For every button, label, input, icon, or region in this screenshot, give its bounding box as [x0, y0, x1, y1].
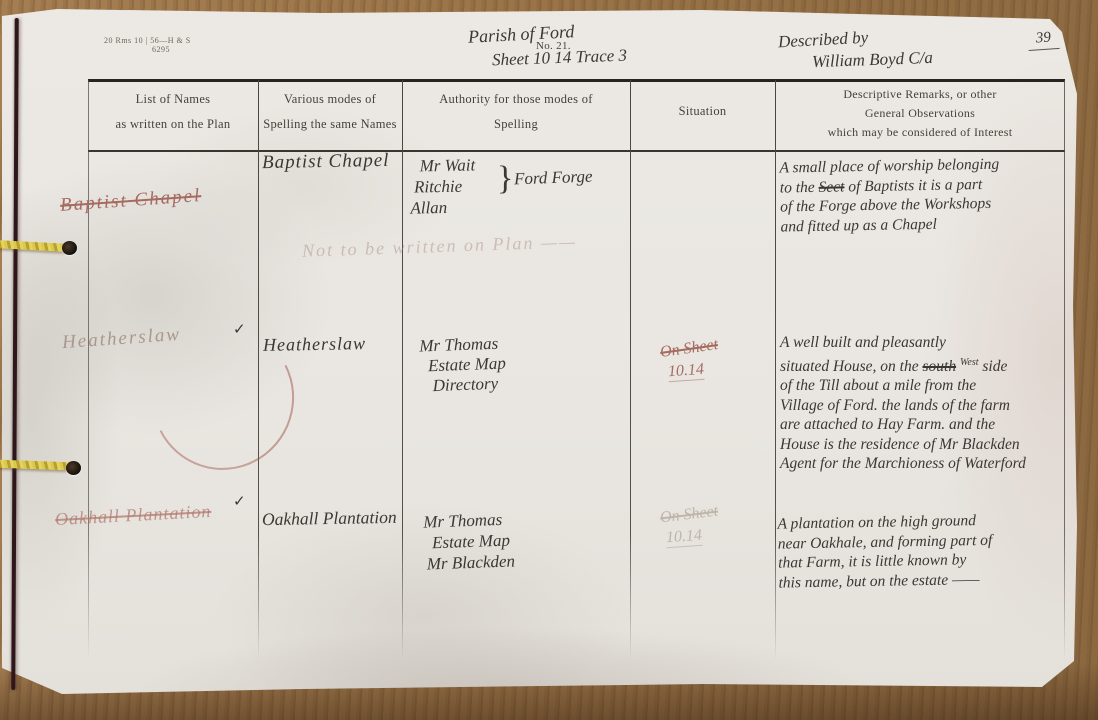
header-remarks: Descriptive Remarks, or other General Ob… — [778, 87, 1062, 140]
binding-hole — [62, 241, 77, 255]
header-situation: Situation — [632, 104, 773, 119]
column-rule — [402, 80, 403, 660]
spelling-row2: Heatherslaw — [263, 333, 366, 356]
authority-row3: Mr Thomas Estate Map Mr Blackden — [423, 508, 515, 574]
remarks-row1: A small place of worship belonging to th… — [779, 153, 1070, 236]
remarks-row2: A well built and pleasantly situated Hou… — [780, 333, 1076, 474]
table-top-rule — [88, 79, 1065, 82]
column-rule — [630, 80, 631, 660]
header-names: List of Names as written on the Plan — [93, 92, 253, 132]
authority-brace-row1: } — [497, 160, 513, 198]
authority-row1: Mr Wait Ritchie Allan — [413, 154, 476, 218]
remarks-row3: A plantation on the high ground near Oak… — [777, 509, 1074, 592]
printers-stamp: 20 Rms 10 | 56—H & S 6295 — [104, 36, 191, 54]
situation-row3: 10.14 — [665, 527, 702, 547]
spelling-row1: Baptist Chapel — [262, 150, 390, 174]
authority-note-row1: Ford Forge — [514, 167, 593, 190]
authority-row2: Mr Thomas Estate Map Directory — [419, 334, 507, 397]
stamp-line1: 20 Rms 10 | 56—H & S — [104, 36, 191, 45]
binding-hole — [66, 461, 81, 475]
header-authority: Authority for those modes of Spelling — [404, 92, 628, 132]
column-rule — [775, 80, 776, 660]
header-spelling-modes: Various modes of Spelling the same Names — [260, 92, 400, 132]
page-number: 39 — [1028, 30, 1059, 50]
scanned-register-page: 20 Rms 10 | 56—H & S 6295 Parish of Ford… — [0, 0, 1098, 720]
header-bottom-rule — [88, 150, 1065, 152]
stamp-line2: 6295 — [152, 45, 191, 54]
describer-name: William Boyd C/a — [812, 48, 934, 72]
table-border-left — [88, 80, 89, 660]
checkmark-row3: ✓ — [233, 492, 246, 511]
situation-row2: 10.14 — [667, 361, 704, 381]
spelling-row3: Oakhall Plantation — [262, 507, 397, 530]
